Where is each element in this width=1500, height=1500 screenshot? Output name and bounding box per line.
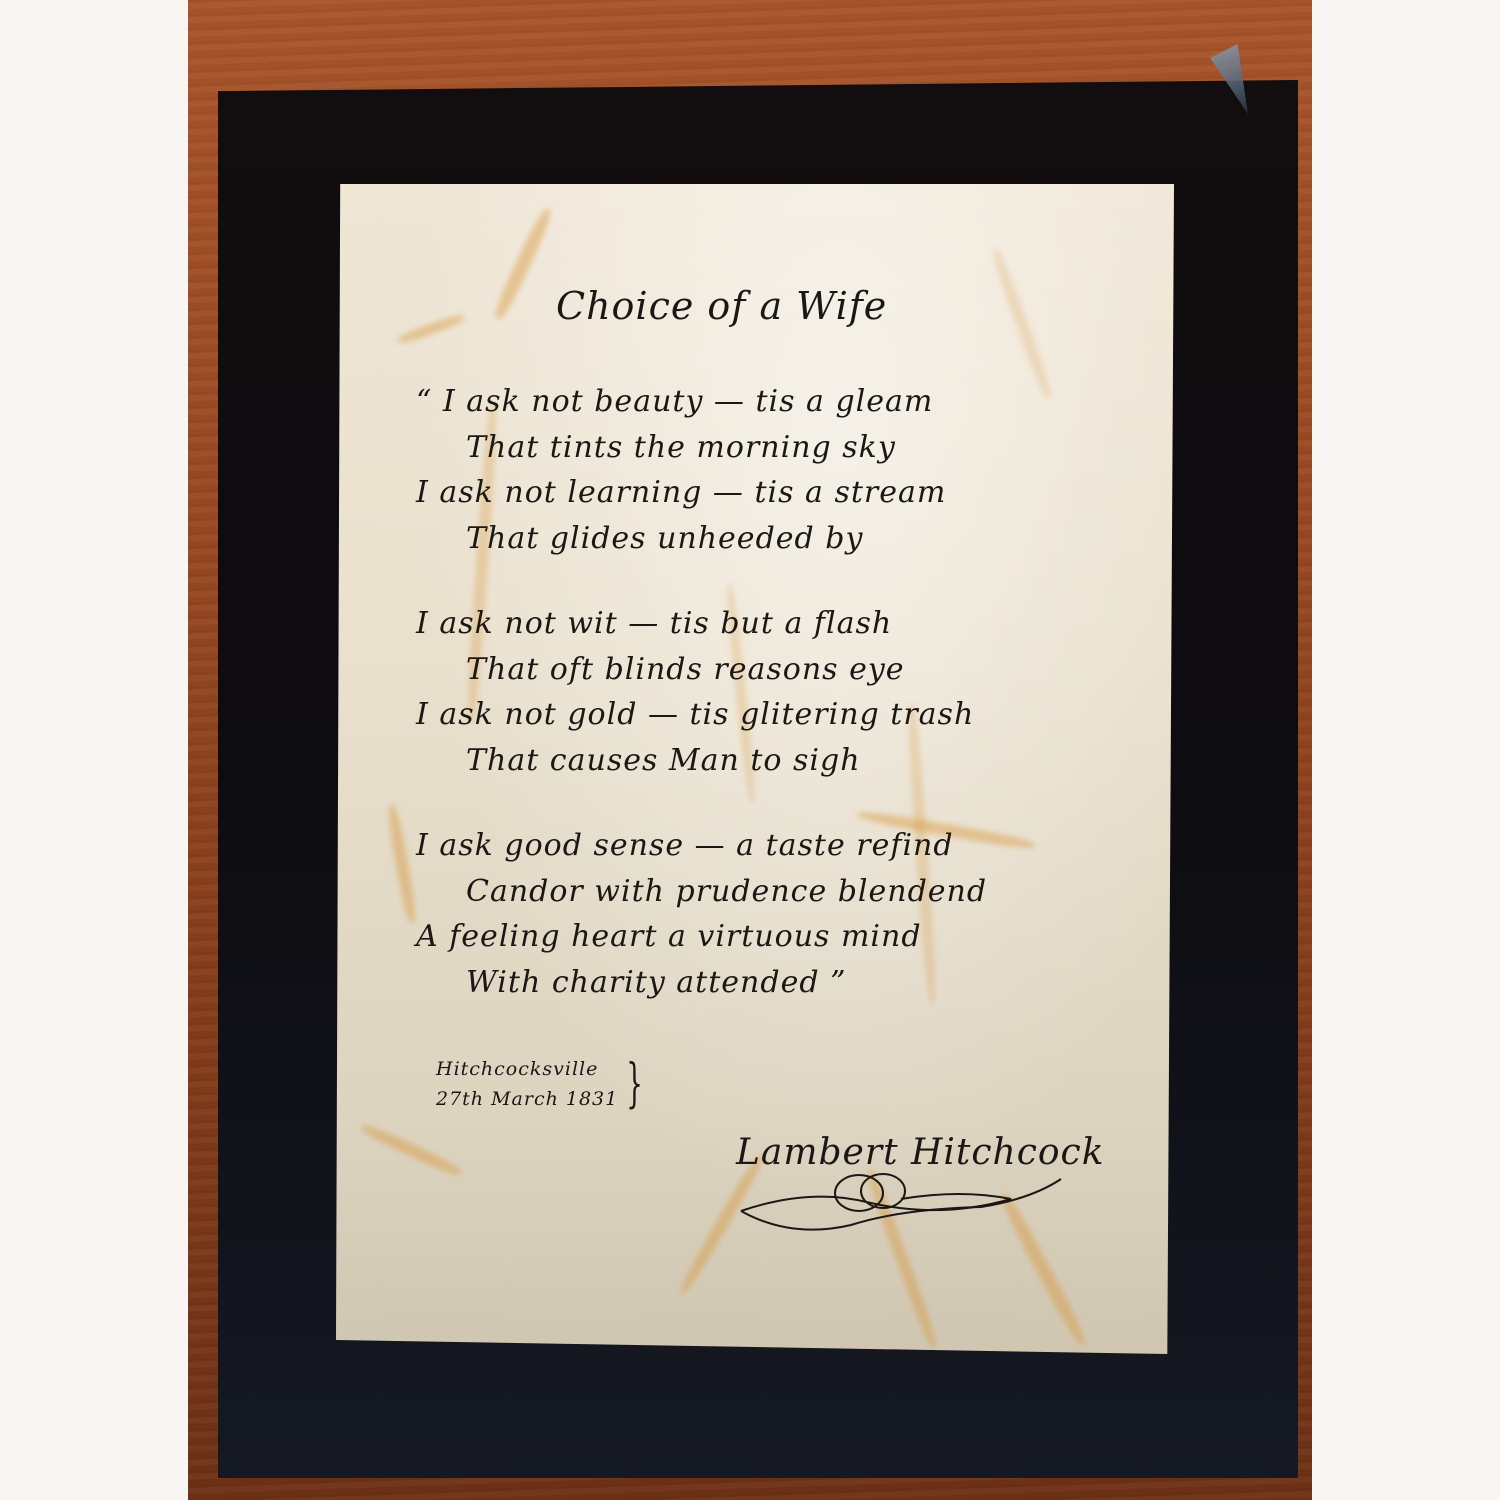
stain xyxy=(989,247,1055,401)
stain xyxy=(386,804,419,924)
brace-icon: } xyxy=(626,1054,643,1114)
stain xyxy=(359,1121,464,1178)
poem-line: That tints the morning sky xyxy=(416,425,987,471)
signature-flourish-icon xyxy=(731,1169,1071,1239)
date: 27th March 1831 xyxy=(436,1084,618,1114)
poem-line: A feeling heart a virtuous mind xyxy=(416,914,987,960)
stain xyxy=(491,207,554,322)
handwritten-document: Choice of a Wife “ I ask not beauty — ti… xyxy=(336,184,1174,1354)
poem-line: That glides unheeded by xyxy=(416,516,987,562)
poem-line: Candor with prudence blendend xyxy=(416,869,987,915)
poem-line: “ I ask not beauty — tis a gleam xyxy=(416,379,987,425)
poem-line: I ask not wit — tis but a flash xyxy=(416,601,987,647)
poem-line: That oft blinds reasons eye xyxy=(416,647,987,693)
poem-line: With charity attended ” xyxy=(416,960,987,1006)
poem-line: I ask good sense — a taste refind xyxy=(416,823,987,869)
stain xyxy=(396,312,465,345)
place-and-date: Hitchcocksville 27th March 1831 xyxy=(436,1054,618,1114)
place: Hitchcocksville xyxy=(436,1054,618,1084)
poem-body: “ I ask not beauty — tis a gleam That ti… xyxy=(416,379,987,1005)
signature: Lambert Hitchcock xyxy=(736,1132,1105,1173)
poem-line: That causes Man to sigh xyxy=(416,738,987,784)
poem-line: I ask not gold — tis glitering trash xyxy=(416,692,987,738)
poem-line: I ask not learning — tis a stream xyxy=(416,470,987,516)
document-title: Choice of a Wife xyxy=(556,284,887,328)
